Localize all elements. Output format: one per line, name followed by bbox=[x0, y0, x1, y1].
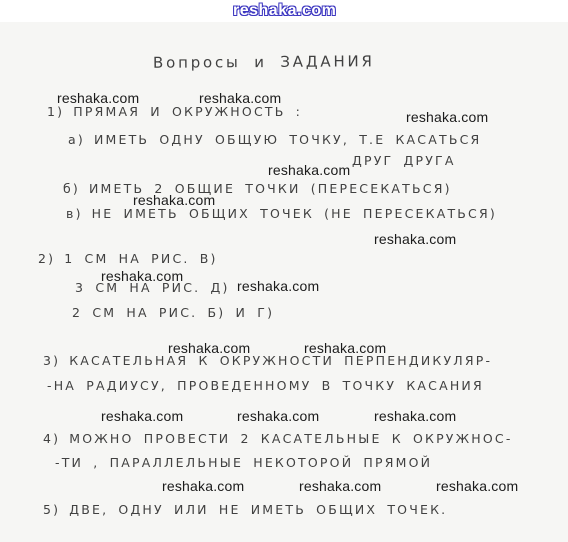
answer-1c-letter: в) bbox=[66, 206, 83, 221]
watermark: reshaka.com bbox=[374, 408, 456, 424]
question-5-number: 5) bbox=[43, 502, 60, 517]
answer-4-line1: 4)МОЖНО ПРОВЕСТИ 2 КАСАТЕЛЬНЫЕ К ОКРУЖНО… bbox=[43, 431, 513, 446]
question-3-number: 3) bbox=[43, 353, 60, 368]
answer-2-line1: 2)1 СМ НА РИС. В) bbox=[38, 251, 218, 266]
answer-1c-line: в)НЕ ИМЕТЬ ОБЩИХ ТОЧЕК (НЕ ПЕРЕСЕКАТЬСЯ) bbox=[66, 206, 497, 221]
answer-5-text: ДВЕ, ОДНУ ИЛИ НЕ ИМЕТЬ ОБЩИХ ТОЧЕК. bbox=[69, 502, 447, 517]
answer-5-line: 5)ДВЕ, ОДНУ ИЛИ НЕ ИМЕТЬ ОБЩИХ ТОЧЕК. bbox=[43, 502, 447, 517]
watermark: reshaka.com bbox=[237, 278, 319, 294]
scanned-notebook-page: reshaka.com reshaka.com reshaka.com resh… bbox=[0, 0, 568, 542]
answer-1c-text: НЕ ИМЕТЬ ОБЩИХ ТОЧЕК (НЕ ПЕРЕСЕКАТЬСЯ) bbox=[92, 206, 497, 221]
answer-1b-text: ИМЕТЬ 2 ОБЩИЕ ТОЧКИ (ПЕРЕСЕКАТЬСЯ) bbox=[89, 181, 452, 196]
answer-1a-continuation: ДРУГ ДРУГА bbox=[352, 153, 456, 168]
answer-1a-text: ИМЕТЬ ОДНУ ОБЩУЮ ТОЧКУ, Т.Е КАСАТЬСЯ bbox=[94, 132, 481, 147]
question-4-number: 4) bbox=[43, 431, 60, 446]
answer-1a-line: а)ИМЕТЬ ОДНУ ОБЩУЮ ТОЧКУ, Т.Е КАСАТЬСЯ bbox=[68, 132, 481, 147]
watermark: reshaka.com bbox=[299, 478, 381, 494]
question-2-number: 2) bbox=[38, 251, 55, 266]
watermark: reshaka.com bbox=[101, 408, 183, 424]
page-title: Вопросы и ЗАДАНИЯ bbox=[153, 52, 375, 72]
question-1-text: ПРЯМАЯ И ОКРУЖНОСТЬ : bbox=[73, 104, 302, 119]
watermark: reshaka.com bbox=[268, 162, 350, 178]
answer-3-line2: -НА РАДИУСУ, ПРОВЕДЕННОМУ В ТОЧКУ КАСАНИ… bbox=[47, 378, 484, 393]
answer-4-line2: -ТИ , ПАРАЛЛЕЛЬНЫЕ НЕКОТОРОЙ ПРЯМОЙ bbox=[55, 455, 432, 470]
watermark: reshaka.com bbox=[436, 478, 518, 494]
answer-4-line1-text: МОЖНО ПРОВЕСТИ 2 КАСАТЕЛЬНЫЕ К ОКРУЖНОС- bbox=[69, 431, 512, 446]
site-watermark-blue: reshaka.com bbox=[233, 2, 336, 20]
watermark: reshaka.com bbox=[406, 109, 488, 125]
question-1-line: 1)ПРЯМАЯ И ОКРУЖНОСТЬ : bbox=[47, 104, 302, 119]
watermark: reshaka.com bbox=[237, 408, 319, 424]
answer-1b-line: б)ИМЕТЬ 2 ОБЩИЕ ТОЧКИ (ПЕРЕСЕКАТЬСЯ) bbox=[63, 181, 452, 196]
answer-1a-letter: а) bbox=[68, 132, 85, 147]
watermark: reshaka.com bbox=[162, 478, 244, 494]
answer-2-line3: 2 СМ НА РИС. Б) И Г) bbox=[72, 305, 274, 320]
answer-1b-letter: б) bbox=[63, 181, 80, 196]
answer-2-line2: 3 СМ НА РИС. Д) bbox=[75, 280, 230, 295]
answer-3-line1: 3)КАСАТЕЛЬНАЯ К ОКРУЖНОСТИ ПЕРПЕНДИКУЛЯР… bbox=[43, 353, 492, 368]
answer-2-line1-text: 1 СМ НА РИС. В) bbox=[64, 251, 217, 266]
question-1-number: 1) bbox=[47, 104, 64, 119]
watermark: reshaka.com bbox=[374, 231, 456, 247]
answer-3-line1-text: КАСАТЕЛЬНАЯ К ОКРУЖНОСТИ ПЕРПЕНДИКУЛЯР- bbox=[69, 353, 492, 368]
